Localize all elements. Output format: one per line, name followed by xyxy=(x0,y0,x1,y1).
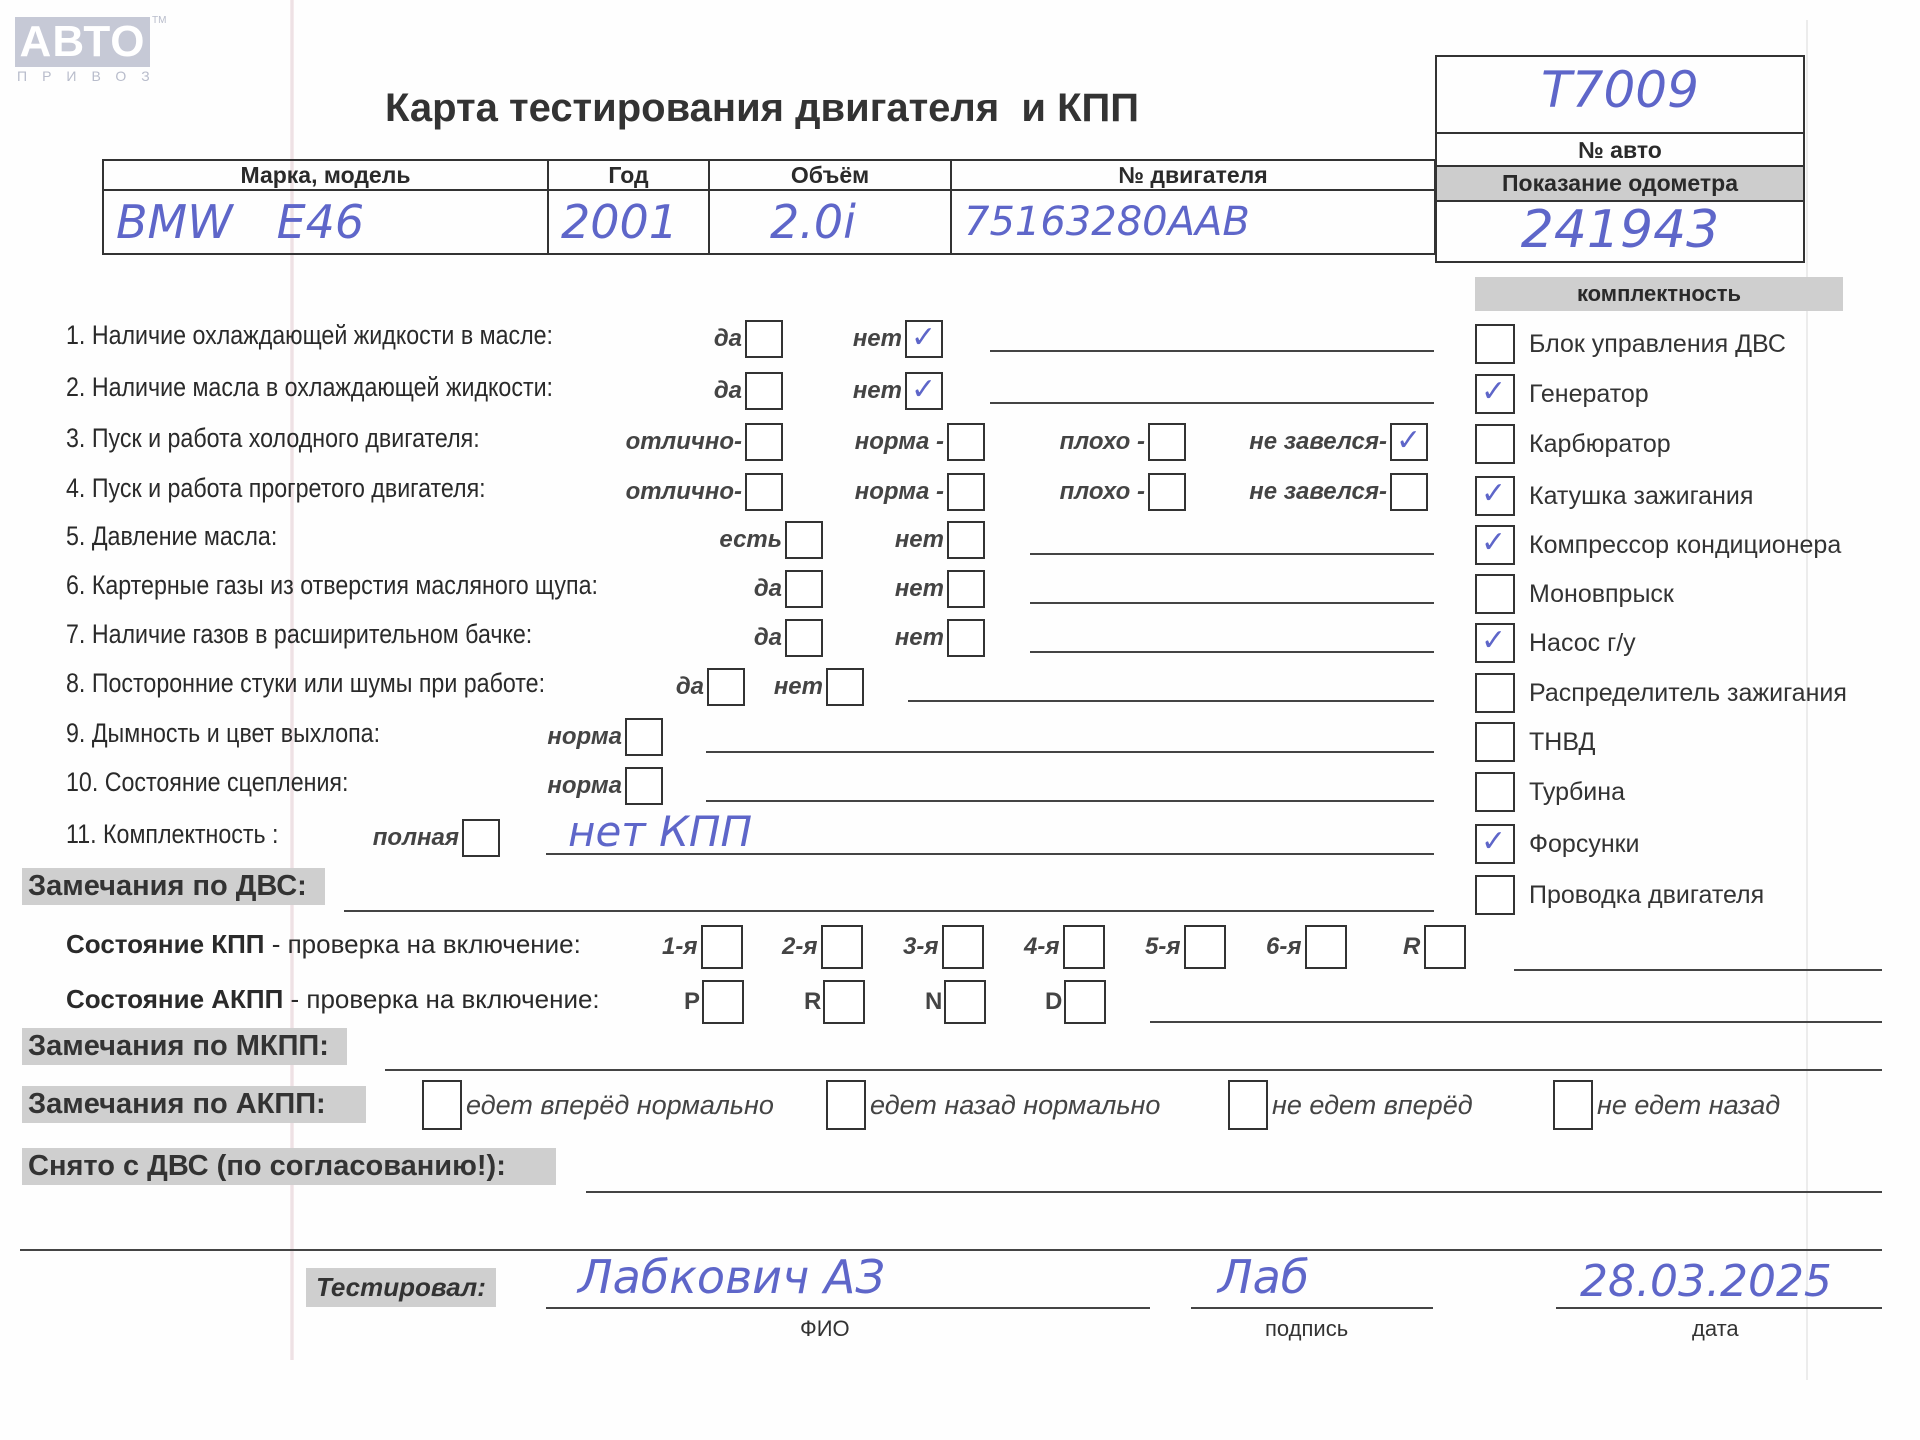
checkbox[interactable] xyxy=(1390,423,1428,461)
option-label: нет xyxy=(895,575,944,603)
checklist-option[interactable]: плохо - xyxy=(1055,423,1186,461)
checkbox[interactable] xyxy=(1148,473,1186,511)
remarks-manual-label: Замечания по МКПП: xyxy=(22,1028,347,1065)
gear-option[interactable]: R xyxy=(1403,925,1466,969)
checkbox[interactable] xyxy=(1553,1080,1593,1130)
col-volume: Объём xyxy=(709,160,951,190)
signature-line xyxy=(1191,1307,1433,1309)
checkbox[interactable] xyxy=(462,819,500,857)
auto-remark-option[interactable]: едет вперёд нормально xyxy=(422,1080,774,1130)
car-number-label: № авто xyxy=(1437,132,1803,167)
manual-gearbox-label-bold: Состояние КПП xyxy=(66,929,265,959)
checklist-option[interactable]: нет xyxy=(850,372,943,410)
checklist-question: 8. Посторонние стуки или шумы при работе… xyxy=(66,668,545,699)
checklist-note-line[interactable] xyxy=(990,402,1434,404)
signature[interactable]: Лаб xyxy=(1218,1250,1309,1304)
checkbox[interactable] xyxy=(1475,673,1515,713)
checkbox[interactable] xyxy=(905,372,943,410)
option-label: да xyxy=(754,624,782,652)
checkbox[interactable] xyxy=(947,521,985,559)
gear-label: R xyxy=(804,988,821,1016)
checklist-option[interactable]: да xyxy=(750,570,823,608)
completeness-item[interactable]: ТНВД xyxy=(1475,721,1595,763)
checkbox[interactable] xyxy=(1064,980,1106,1024)
checkbox[interactable] xyxy=(1148,423,1186,461)
checkbox[interactable] xyxy=(947,473,985,511)
completeness-item[interactable]: Насос г/у xyxy=(1475,622,1636,664)
checkbox[interactable] xyxy=(947,423,985,461)
completeness-item-label: Насос г/у xyxy=(1529,629,1636,658)
checklist-option[interactable]: норма - xyxy=(850,423,985,461)
option-label: нет xyxy=(895,526,944,554)
gear-label: P xyxy=(684,988,700,1016)
checklist-question: 9. Дымность и цвет выхлопа: xyxy=(66,718,380,749)
completeness-item[interactable]: Проводка двигателя xyxy=(1475,874,1764,916)
volume-value[interactable]: 2.0i xyxy=(709,190,951,254)
checkbox[interactable] xyxy=(1475,623,1515,663)
checkbox[interactable] xyxy=(702,980,744,1024)
checklist-option[interactable]: не завелся- xyxy=(1245,423,1428,461)
option-label: плохо - xyxy=(1060,428,1145,456)
checklist-option[interactable]: нет xyxy=(767,668,864,706)
checklist-row: 5. Давление масла:естьнет xyxy=(66,521,1446,561)
checklist-question: 7. Наличие газов в расширительном бачке: xyxy=(66,619,532,650)
remarks-auto-label: Замечания по АКПП: xyxy=(22,1086,366,1123)
odometer-value[interactable]: 241943 xyxy=(1437,200,1803,260)
checklist-option[interactable]: отлично- xyxy=(625,423,783,461)
option-label: не завелся- xyxy=(1249,428,1387,456)
tested-label: Тестировал: xyxy=(306,1268,496,1307)
completeness-item-label: Моновпрыск xyxy=(1529,580,1674,609)
checklist-row: 1. Наличие охлаждающей жидкости в масле:… xyxy=(66,320,1446,360)
col-engine-number: № двигателя xyxy=(951,160,1435,190)
checkbox[interactable] xyxy=(905,320,943,358)
checkbox[interactable] xyxy=(1228,1080,1268,1130)
remarks-engine-line[interactable] xyxy=(344,910,1434,912)
checkbox[interactable] xyxy=(701,925,743,969)
checkbox[interactable] xyxy=(1475,574,1515,614)
checklist-option[interactable]: да xyxy=(700,320,783,358)
gear-option[interactable]: 3-я xyxy=(903,925,984,969)
checklist-row: 8. Посторонние стуки или шумы при работе… xyxy=(66,668,1446,708)
auto-remark-option[interactable]: не едет вперёд xyxy=(1228,1080,1473,1130)
checklist-row: 6. Картерные газы из отверстия масляного… xyxy=(66,570,1446,610)
gear-label: 1-я xyxy=(662,933,697,961)
logo-trademark: TM xyxy=(152,15,166,26)
completeness-item[interactable]: Моновпрыск xyxy=(1475,573,1674,615)
checkbox[interactable] xyxy=(1305,925,1347,969)
odometer-label: Показание одометра xyxy=(1437,165,1803,202)
checkbox[interactable] xyxy=(1184,925,1226,969)
option-label: да xyxy=(754,575,782,603)
completeness-item[interactable]: Карбюратор xyxy=(1475,423,1671,465)
checkbox[interactable] xyxy=(745,320,783,358)
checklist-option[interactable]: да xyxy=(670,668,745,706)
option-label: норма - xyxy=(855,428,944,456)
completeness-item-label: Турбина xyxy=(1529,778,1625,807)
completeness-item[interactable]: Компрессор кондиционера xyxy=(1475,524,1841,566)
checkbox[interactable] xyxy=(1390,473,1428,511)
checklist-option[interactable]: не завелся- xyxy=(1245,473,1428,511)
option-label: норма - xyxy=(855,478,944,506)
gear-label: 4-я xyxy=(1024,933,1059,961)
logo-subtitle: ПРИВОЗ xyxy=(17,68,165,84)
gear-option[interactable]: D xyxy=(1045,980,1106,1024)
checkbox[interactable] xyxy=(1424,925,1466,969)
checkbox[interactable] xyxy=(821,925,863,969)
checklist-option[interactable]: нет xyxy=(890,619,985,657)
auto-remark-label: не едет назад xyxy=(1597,1090,1780,1121)
checklist-row: 4. Пуск и работа прогретого двигателя:от… xyxy=(66,473,1446,513)
checklist-question: 5. Давление масла: xyxy=(66,521,277,552)
checkbox[interactable] xyxy=(745,473,783,511)
completeness-item[interactable]: Форсунки xyxy=(1475,823,1640,865)
option-label: норма xyxy=(547,723,622,751)
manual-gearbox-line[interactable] xyxy=(1514,969,1882,971)
checkbox[interactable] xyxy=(947,619,985,657)
gear-label: D xyxy=(1045,988,1062,1016)
checkbox[interactable] xyxy=(422,1080,462,1130)
checklist-note-line[interactable] xyxy=(1030,602,1434,604)
name-caption: ФИО xyxy=(800,1316,850,1342)
gear-option[interactable]: 6-я xyxy=(1266,925,1347,969)
checklist-note-line[interactable] xyxy=(908,700,1434,702)
checkbox[interactable] xyxy=(1475,824,1515,864)
car-info-box: T7009 № авто Показание одометра 241943 xyxy=(1435,55,1805,263)
checklist-option[interactable]: отлично- xyxy=(625,473,783,511)
col-year: Год xyxy=(548,160,709,190)
checkbox[interactable] xyxy=(947,570,985,608)
auto-gearbox-label: Состояние АКПП - проверка на включение: xyxy=(66,984,600,1015)
completeness-item-label: Проводка двигателя xyxy=(1529,881,1764,910)
checkbox[interactable] xyxy=(1475,772,1515,812)
checkbox[interactable] xyxy=(785,619,823,657)
option-label: да xyxy=(714,325,742,353)
completeness-item-label: Форсунки xyxy=(1529,830,1640,859)
vehicle-header-table: Марка, модель Год Объём № двигателя BMW … xyxy=(102,159,1436,255)
checkbox[interactable] xyxy=(625,767,663,805)
test-date[interactable]: 28.03.2025 xyxy=(1580,1256,1832,1307)
auto-remark-label: едет вперёд нормально xyxy=(466,1090,774,1121)
completeness-item[interactable]: Генератор xyxy=(1475,373,1649,415)
completeness-item[interactable]: Турбина xyxy=(1475,771,1625,813)
checklist-question: 4. Пуск и работа прогретого двигателя: xyxy=(66,473,486,504)
checklist-option[interactable]: полная xyxy=(368,819,500,857)
option-label: да xyxy=(676,673,704,701)
option-label: норма xyxy=(547,772,622,800)
checklist-option[interactable]: норма xyxy=(540,718,663,756)
manual-gearbox-label-rest: - проверка на включение: xyxy=(265,929,581,959)
auto-remark-option[interactable]: не едет назад xyxy=(1553,1080,1780,1130)
checklist-question: 10. Состояние сцепления: xyxy=(66,767,348,798)
checklist-option[interactable]: норма xyxy=(540,767,663,805)
checkbox[interactable] xyxy=(826,668,864,706)
checklist-note-line[interactable] xyxy=(706,800,1434,802)
checkbox[interactable] xyxy=(745,423,783,461)
completeness-item[interactable]: Распределитель зажигания xyxy=(1475,672,1847,714)
gear-option[interactable]: 1-я xyxy=(662,925,743,969)
signature-caption: подпись xyxy=(1265,1316,1348,1342)
gear-option[interactable]: N xyxy=(925,980,986,1024)
col-make-model: Марка, модель xyxy=(103,160,548,190)
car-number-value[interactable]: T7009 xyxy=(1437,61,1803,133)
manual-gearbox-label: Состояние КПП - проверка на включение: xyxy=(66,929,581,960)
checklist-option[interactable]: да xyxy=(750,619,823,657)
page-title: Карта тестирования двигателя и КПП xyxy=(385,86,1139,131)
gear-option[interactable]: 2-я xyxy=(782,925,863,969)
option-label: есть xyxy=(719,526,782,554)
option-label: полная xyxy=(373,824,459,852)
checkbox[interactable] xyxy=(625,718,663,756)
remarks-engine-label: Замечания по ДВС: xyxy=(22,868,325,905)
checklist-row: 7. Наличие газов в расширительном бачке:… xyxy=(66,619,1446,659)
auto-remark-label: едет назад нормально xyxy=(870,1090,1160,1121)
checklist-option[interactable]: норма - xyxy=(850,473,985,511)
completeness-item-label: Катушка зажигания xyxy=(1529,482,1753,511)
checklist-row: 3. Пуск и работа холодного двигателя:отл… xyxy=(66,423,1446,463)
gear-label: R xyxy=(1403,933,1420,961)
option-label: нет xyxy=(774,673,823,701)
completeness-item-label: Распределитель зажигания xyxy=(1529,679,1847,708)
completeness-title: комплектность xyxy=(1475,277,1843,311)
checklist-option[interactable]: плохо - xyxy=(1055,473,1186,511)
date-caption: дата xyxy=(1692,1316,1739,1342)
option-label: отлично- xyxy=(626,428,742,456)
auto-remark-option[interactable]: едет назад нормально xyxy=(826,1080,1160,1130)
gear-label: 3-я xyxy=(903,933,938,961)
checkbox[interactable] xyxy=(1063,925,1105,969)
checklist-option[interactable]: нет xyxy=(890,570,985,608)
logo: АВТО xyxy=(15,17,150,67)
checklist-question: 3. Пуск и работа холодного двигателя: xyxy=(66,423,480,454)
checklist-question: 2. Наличие масла в охлаждающей жидкости: xyxy=(66,372,553,403)
checkbox[interactable] xyxy=(1475,722,1515,762)
completeness-item[interactable]: Катушка зажигания xyxy=(1475,475,1753,517)
checklist-option[interactable]: нет xyxy=(850,320,943,358)
option-label: нет xyxy=(853,325,902,353)
option-label: отлично- xyxy=(626,478,742,506)
checkbox[interactable] xyxy=(826,1080,866,1130)
checkbox[interactable] xyxy=(1475,324,1515,364)
gear-label: N xyxy=(925,988,942,1016)
checkbox[interactable] xyxy=(1475,424,1515,464)
option-label: плохо - xyxy=(1060,478,1145,506)
checklist-note-line[interactable] xyxy=(990,350,1434,352)
completeness-note[interactable]: нет КПП xyxy=(568,807,752,856)
gear-option[interactable]: P xyxy=(684,980,744,1024)
gear-label: 5-я xyxy=(1145,933,1180,961)
option-label: не завелся- xyxy=(1249,478,1387,506)
completeness-item-label: ТНВД xyxy=(1529,728,1595,757)
removed-line-2[interactable] xyxy=(20,1249,1882,1251)
option-label: нет xyxy=(895,624,944,652)
completeness-item-label: Компрессор кондиционера xyxy=(1529,531,1841,560)
gear-label: 2-я xyxy=(782,933,817,961)
make-model-value[interactable]: BMW E46 xyxy=(103,190,548,254)
checkbox[interactable] xyxy=(944,980,986,1024)
tester-name[interactable]: Лабкович АЗ xyxy=(578,1250,885,1304)
gear-option[interactable]: R xyxy=(804,980,865,1024)
checklist-option[interactable]: да xyxy=(700,372,783,410)
removed-line[interactable] xyxy=(586,1191,1882,1193)
auto-remark-label: не едет вперёд xyxy=(1272,1090,1473,1121)
remarks-manual-line[interactable] xyxy=(385,1069,1882,1071)
checkbox[interactable] xyxy=(745,372,783,410)
checklist-note-line[interactable] xyxy=(706,751,1434,753)
tester-name-line xyxy=(546,1307,1150,1309)
year-value[interactable]: 2001 xyxy=(548,190,709,254)
auto-gearbox-label-rest: - проверка на включение: xyxy=(283,984,599,1014)
completeness-item-label: Генератор xyxy=(1529,380,1649,409)
auto-gearbox-label-bold: Состояние АКПП xyxy=(66,984,283,1014)
removed-label: Снято с ДВС (по согласованию!): xyxy=(22,1148,556,1185)
checklist-question: 6. Картерные газы из отверстия масляного… xyxy=(66,570,598,601)
auto-gearbox-line[interactable] xyxy=(1150,1021,1882,1023)
checkbox[interactable] xyxy=(942,925,984,969)
checklist-question: 1. Наличие охлаждающей жидкости в масле: xyxy=(66,320,553,351)
checklist-option[interactable]: нет xyxy=(890,521,985,559)
checkbox[interactable] xyxy=(1475,374,1515,414)
checklist-option[interactable]: есть xyxy=(715,521,823,559)
checklist-question: 11. Комплектность : xyxy=(66,819,278,850)
gear-label: 6-я xyxy=(1266,933,1301,961)
checkbox[interactable] xyxy=(707,668,745,706)
option-label: да xyxy=(714,377,742,405)
checkbox[interactable] xyxy=(823,980,865,1024)
checkbox[interactable] xyxy=(1475,476,1515,516)
checkbox[interactable] xyxy=(1475,875,1515,915)
checklist-row: 2. Наличие масла в охлаждающей жидкости:… xyxy=(66,372,1446,412)
engine-number-value[interactable]: 75163280AAB xyxy=(951,190,1435,254)
completeness-item-label: Карбюратор xyxy=(1529,430,1671,459)
checklist-note-line[interactable] xyxy=(1030,651,1434,653)
completeness-item-label: Блок управления ДВС xyxy=(1529,330,1786,359)
checkbox[interactable] xyxy=(785,521,823,559)
checklist-note-line[interactable] xyxy=(1030,553,1434,555)
gear-option[interactable]: 4-я xyxy=(1024,925,1105,969)
date-line xyxy=(1556,1307,1882,1309)
gear-option[interactable]: 5-я xyxy=(1145,925,1226,969)
option-label: нет xyxy=(853,377,902,405)
completeness-item[interactable]: Блок управления ДВС xyxy=(1475,323,1786,365)
checkbox[interactable] xyxy=(1475,525,1515,565)
checkbox[interactable] xyxy=(785,570,823,608)
